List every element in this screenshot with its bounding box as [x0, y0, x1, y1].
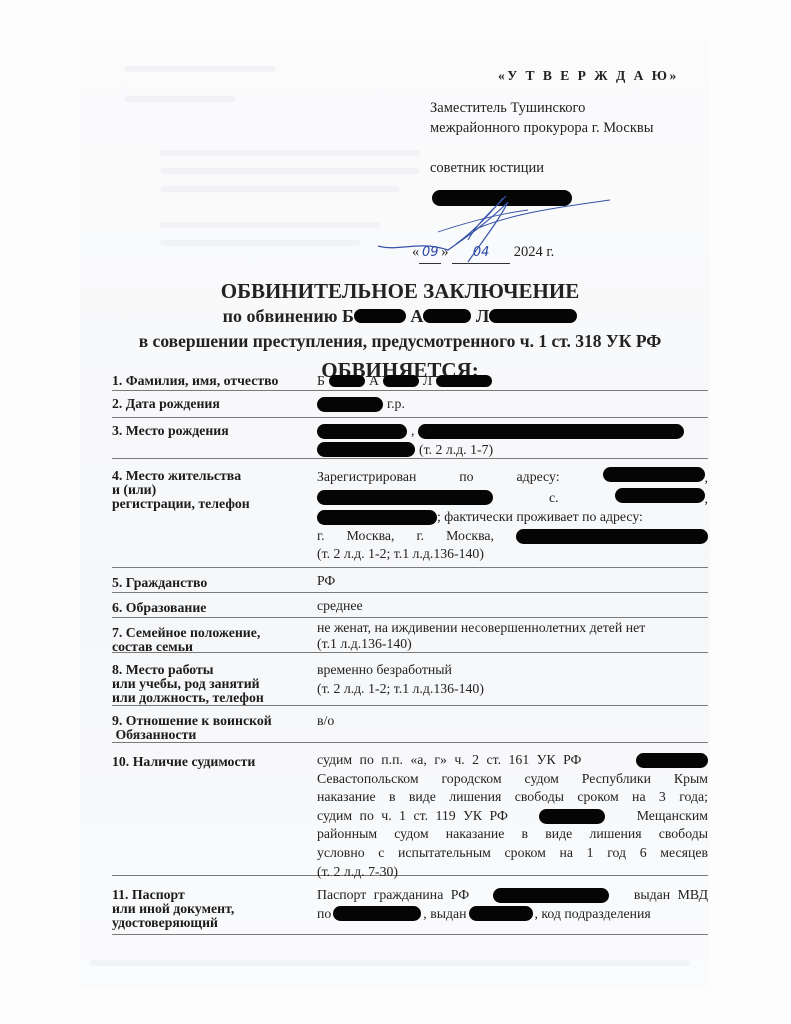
redacted-date — [317, 397, 383, 412]
initial: Б — [317, 372, 325, 391]
label-line: удостоверяющий — [112, 916, 317, 930]
field-label: 7. Семейное положение, состав семьи — [112, 618, 317, 652]
label-line: или учебы, род занятий — [112, 677, 317, 691]
redacted — [603, 467, 705, 482]
field-row-military-duty: 9. Отношение к воинской Обязанности в/о — [112, 706, 708, 743]
redacted — [317, 442, 415, 457]
field-row-criminal-record: 10. Наличие судимости судим по п.п. «а, … — [112, 743, 708, 876]
case-reference: (т. 2 л.д. 1-2; т.1 л.д.136-140) — [317, 545, 708, 564]
field-label: 11. Паспорт или иной документ, удостовер… — [112, 876, 317, 934]
field-value: , (т. 2 л.д. 1-7) — [317, 418, 708, 458]
redacted-surname — [354, 309, 406, 323]
label-line: 9. Отношение к воинской — [112, 714, 317, 728]
label-line: и (или) — [112, 483, 317, 497]
text: ; фактически проживает по адресу: — [437, 508, 643, 527]
field-row-education: 6. Образование среднее — [112, 593, 708, 618]
field-label: 1. Фамилия, имя, отчество — [112, 372, 317, 390]
field-value: Зарегистрированпоадресу:, с., ; фактичес… — [317, 459, 708, 567]
bleed-through — [90, 960, 690, 966]
value-line: районным судом наказание в виде лишения … — [317, 825, 708, 844]
label-line: Обязанности — [112, 728, 317, 742]
field-label: 2. Дата рождения — [112, 391, 317, 417]
document-title-block: ОБВИНИТЕЛЬНОЕ ЗАКЛЮЧЕНИЕ по обвинению Б … — [100, 278, 700, 384]
redacted — [516, 529, 708, 544]
charge-prefix: по обвинению — [223, 306, 338, 326]
value-line: не женат, на иждивении несовершеннолетни… — [317, 620, 708, 636]
text: г. — [317, 527, 325, 546]
redacted-patronymic — [489, 309, 577, 323]
redacted-date — [636, 753, 708, 768]
label-line: или должность, телефон — [112, 691, 317, 705]
label-line: 4. Место жительства — [112, 469, 317, 483]
text: г. — [417, 527, 425, 546]
field-value: временно безработный (т. 2 л.д. 1-2; т.1… — [317, 653, 708, 705]
field-label: 8. Место работы или учебы, род занятий и… — [112, 653, 317, 705]
field-value: г.р. — [317, 391, 708, 417]
approver-position: Заместитель Тушинского межрайонного прок… — [430, 98, 654, 138]
document-title: ОБВИНИТЕЛЬНОЕ ЗАКЛЮЧЕНИЕ — [100, 278, 700, 304]
text: адресу: — [517, 468, 560, 487]
redacted — [329, 375, 365, 387]
label-line: 11. Паспорт — [112, 888, 317, 902]
field-row-birth-date: 2. Дата рождения г.р. — [112, 391, 708, 418]
text: с. — [549, 489, 559, 508]
field-row-family-status: 7. Семейное положение, состав семьи не ж… — [112, 618, 708, 653]
redacted — [383, 375, 419, 387]
field-value: в/о — [317, 706, 708, 742]
label-line: регистрации, телефон — [112, 497, 317, 511]
text: , выдан — [423, 905, 466, 924]
field-value: среднее — [317, 593, 708, 617]
value-line: судим по п.п. «а, г» ч. 2 ст. 161 УК РФ — [317, 751, 581, 770]
redacted-passport-number — [493, 888, 609, 903]
charge-subject: по обвинению Б А Л — [100, 304, 700, 328]
label-line: состав семьи — [112, 640, 317, 654]
defendant-info-table: 1. Фамилия, имя, отчество БАЛ 2. Дата ро… — [112, 372, 708, 935]
bleed-through — [160, 168, 420, 174]
text: Москва, — [446, 527, 494, 546]
value-line: (т. 2 л.д. 1-2; т.1 л.д.136-140) — [317, 680, 708, 699]
text: выдан МВД — [634, 886, 708, 905]
text: Зарегистрирован — [317, 468, 416, 487]
crime-description: в совершении преступления, предусмотренн… — [100, 328, 700, 354]
birth-year-suffix: г.р. — [387, 395, 405, 414]
field-value: БАЛ — [317, 372, 708, 390]
redacted-date — [539, 809, 605, 824]
bleed-through — [125, 66, 275, 72]
approver-position-line-1: Заместитель Тушинского — [430, 98, 654, 118]
redacted — [317, 490, 493, 505]
field-row-citizenship: 5. Гражданство РФ — [112, 568, 708, 593]
bleed-through — [160, 222, 380, 228]
field-row-residence: 4. Место жительства и (или) регистрации,… — [112, 459, 708, 568]
text: Москва, — [347, 527, 395, 546]
field-row-birth-place: 3. Место рождения , (т. 2 л.д. 1-7) — [112, 418, 708, 459]
redacted-name — [423, 309, 471, 323]
redacted — [418, 424, 684, 439]
field-label: 4. Место жительства и (или) регистрации,… — [112, 459, 317, 567]
label-line: или иной документ, — [112, 902, 317, 916]
value-line: временно безработный — [317, 661, 708, 680]
text: по — [459, 468, 473, 487]
field-value: судим по п.п. «а, г» ч. 2 ст. 161 УК РФ … — [317, 743, 708, 875]
field-row-employment: 8. Место работы или учебы, род занятий и… — [112, 653, 708, 706]
text: по — [317, 905, 331, 924]
approver-position-line-2: межрайонного прокурора г. Москвы — [430, 118, 654, 138]
approval-stamp: «У Т В Е Р Ж Д А Ю» — [498, 66, 679, 86]
field-label: 6. Образование — [112, 593, 317, 617]
field-label: 9. Отношение к воинской Обязанности — [112, 706, 317, 742]
text: Паспорт гражданина РФ — [317, 886, 469, 905]
initial: Л — [423, 372, 432, 391]
text: , код подразделения — [535, 905, 651, 924]
redacted-issue-date — [469, 906, 533, 921]
field-label: 10. Наличие судимости — [112, 743, 317, 875]
bleed-through — [160, 240, 360, 246]
bleed-through — [160, 186, 400, 192]
redacted — [317, 424, 407, 439]
field-label: 3. Место рождения — [112, 418, 317, 458]
case-reference: (т. 2 л.д. 1-7) — [419, 441, 493, 460]
value-line: Мещанским — [637, 807, 708, 826]
field-value: РФ — [317, 568, 708, 592]
initial-patronymic: Л — [476, 306, 489, 326]
initial: А — [369, 372, 379, 391]
value-line: условно с испытательным сроком на 1 год … — [317, 844, 708, 863]
label-line: 7. Семейное положение, — [112, 626, 317, 640]
value-line: Севастопольском городском судом Республи… — [317, 770, 708, 789]
value-line: наказание в виде лишения свободы сроком … — [317, 788, 708, 807]
redacted-issuer — [333, 906, 421, 921]
value-line: (т.1 л.д.136-140) — [317, 636, 708, 652]
initial-surname: Б — [342, 306, 354, 326]
field-row-full-name: 1. Фамилия, имя, отчество БАЛ — [112, 372, 708, 391]
value-line: судим по ч. 1 ст. 119 УК РФ — [317, 807, 508, 826]
field-value: Паспорт гражданина РФвыдан МВД по, выдан… — [317, 876, 708, 934]
approver-rank: советник юстиции — [430, 158, 544, 178]
field-value: не женат, на иждивении несовершеннолетни… — [317, 618, 708, 652]
label-line: 8. Место работы — [112, 663, 317, 677]
redacted — [615, 488, 705, 503]
initial-name: А — [410, 306, 423, 326]
signature-icon — [378, 192, 618, 272]
redacted — [317, 510, 437, 525]
field-row-passport: 11. Паспорт или иной документ, удостовер… — [112, 876, 708, 935]
field-label: 5. Гражданство — [112, 568, 317, 592]
redacted — [436, 375, 492, 387]
bleed-through — [160, 150, 420, 156]
bleed-through — [125, 96, 235, 102]
